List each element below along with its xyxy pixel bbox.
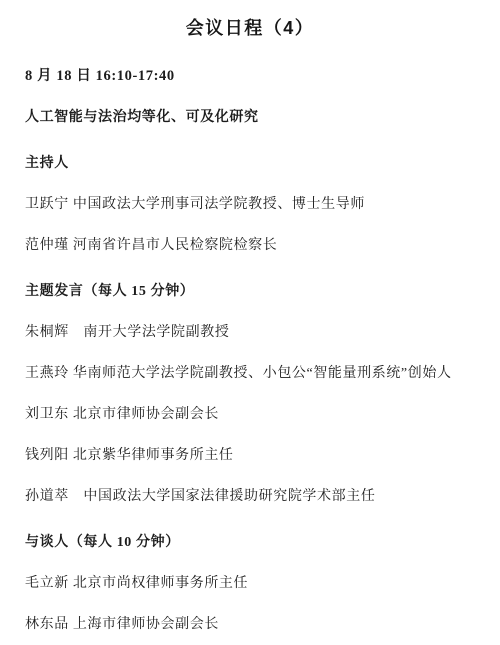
person-affiliation: 华南师范大学法学院副教授、小包公“智能量刑系统”创始人 [73, 366, 452, 381]
page-title: 会议日程（4） [25, 16, 475, 40]
person-name: 林东品 [25, 617, 69, 632]
person-name: 孙道萃 [25, 489, 69, 504]
person-line: 孙道萃 中国政法大学国家法律援助研究院学术部主任 [25, 487, 475, 507]
person-affiliation: 北京紫华律师事务所主任 [73, 448, 234, 463]
name-affiliation-separator [69, 489, 84, 504]
person-affiliation: 河南省许昌市人民检察院检察长 [73, 238, 277, 253]
session-topic: 人工智能与法治均等化、可及化研究 [25, 108, 475, 128]
person-affiliation: 中国政法大学刑事司法学院教授、博士生导师 [73, 197, 365, 212]
person-name: 卫跃宁 [25, 197, 69, 212]
sections-container: 主持人卫跃宁 中国政法大学刑事司法学院教授、博士生导师范仲瑾 河南省许昌市人民检… [25, 154, 475, 635]
session-datetime: 8 月 18 日 16:10-17:40 [25, 66, 475, 86]
person-line: 卫跃宁 中国政法大学刑事司法学院教授、博士生导师 [25, 195, 475, 215]
person-name: 朱桐辉 [25, 325, 69, 340]
section-heading: 与谈人（每人 10 分钟） [25, 533, 475, 553]
section-heading: 主持人 [25, 154, 475, 174]
name-affiliation-separator [69, 325, 84, 340]
person-line: 毛立新 北京市尚权律师事务所主任 [25, 574, 475, 594]
person-line: 刘卫东 北京市律师协会副会长 [25, 405, 475, 425]
person-affiliation: 上海市律师协会副会长 [73, 617, 219, 632]
person-name: 王燕玲 [25, 366, 69, 381]
person-line: 林东品 上海市律师协会副会长 [25, 615, 475, 635]
person-affiliation: 南开大学法学院副教授 [83, 325, 229, 340]
section-heading: 主题发言（每人 15 分钟） [25, 282, 475, 302]
person-affiliation: 中国政法大学国家法律援助研究院学术部主任 [83, 489, 375, 504]
person-affiliation: 北京市律师协会副会长 [73, 407, 219, 422]
person-name: 钱列阳 [25, 448, 69, 463]
person-affiliation: 北京市尚权律师事务所主任 [73, 576, 248, 591]
person-line: 范仲瑾 河南省许昌市人民检察院检察长 [25, 236, 475, 256]
person-name: 毛立新 [25, 576, 69, 591]
person-line: 王燕玲 华南师范大学法学院副教授、小包公“智能量刑系统”创始人 [25, 364, 475, 384]
agenda-document: 会议日程（4） 8 月 18 日 16:10-17:40 人工智能与法治均等化、… [0, 0, 500, 645]
person-name: 刘卫东 [25, 407, 69, 422]
person-line: 朱桐辉 南开大学法学院副教授 [25, 323, 475, 343]
person-name: 范仲瑾 [25, 238, 69, 253]
person-line: 钱列阳 北京紫华律师事务所主任 [25, 446, 475, 466]
